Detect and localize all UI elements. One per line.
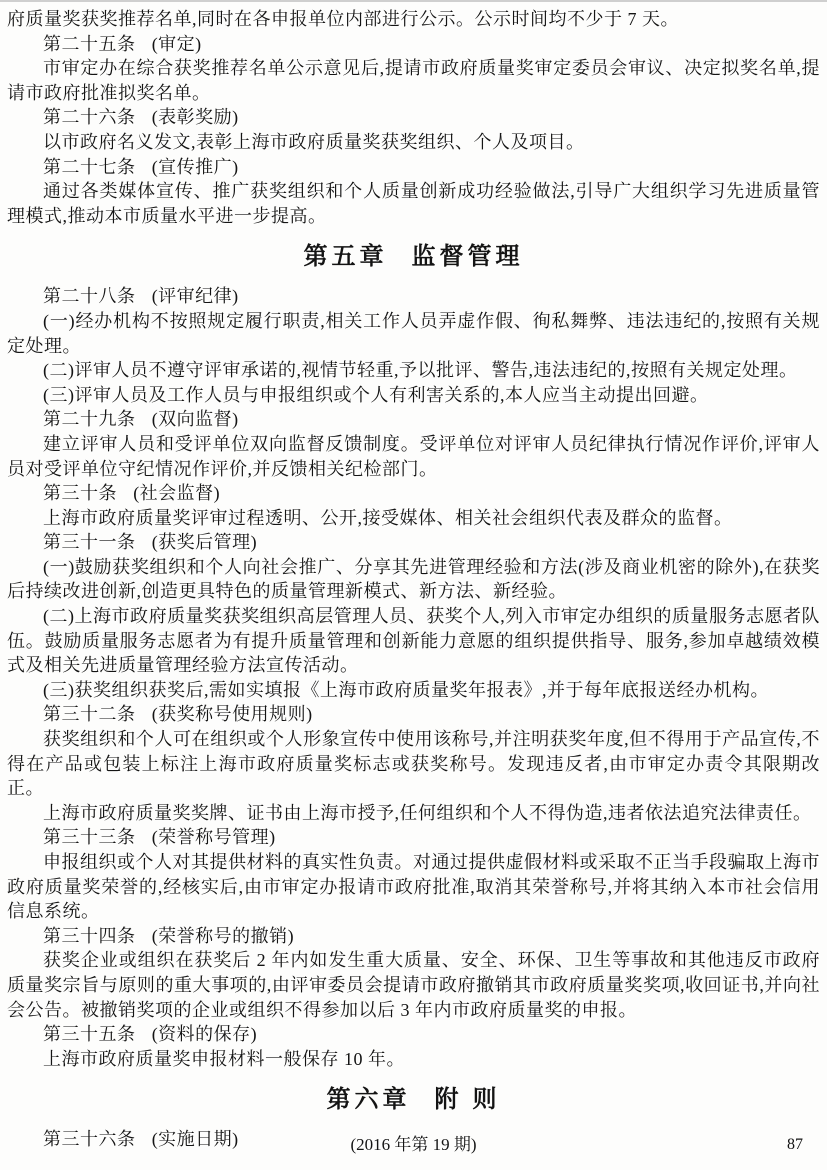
article-heading: 第二十七条(宣传推广) [7,155,820,180]
article-title: (荣誉称号的撤销) [152,926,295,946]
paragraph: (二)上海市政府质量奖获奖组织高层管理人员、获奖个人,列入市审定办组织的质量服务… [7,604,820,678]
article-title: (资料的保存) [152,1024,258,1044]
paragraph: (三)评审人员及工作人员与申报组织或个人有利害关系的,本人应当主动提出回避。 [7,383,820,408]
article-heading: 第三十条(社会监督) [7,481,820,506]
article-number: 第二十六条 [43,107,136,127]
paragraph: 上海市政府质量奖评审过程透明、公开,接受媒体、相关社会组织代表及群众的监督。 [7,506,820,531]
paragraph: 上海市政府质量奖申报材料一般保存 10 年。 [7,1047,820,1072]
document-page: 府质量奖获奖推荐名单,同时在各申报单位内部进行公示。公示时间均不少于 7 天。第… [0,0,827,1170]
article-number: 第三十五条 [43,1024,136,1044]
article-number: 第三十四条 [43,926,136,946]
article-number: 第三十一条 [43,532,136,552]
article-heading: 第三十四条(荣誉称号的撤销) [7,924,820,949]
chapter-heading: 第六章附 则 [7,1085,820,1115]
article-number: 第三十二条 [43,704,136,724]
article-number: 第二十八条 [43,286,136,306]
paragraph: 建立评审人员和受评单位双向监督反馈制度。受评单位对评审人员纪律执行情况作评价,评… [7,432,820,481]
chapter-number: 第六章 [327,1087,411,1113]
article-title: (表彰奖励) [152,107,239,127]
article-number: 第二十五条 [43,34,136,54]
article-title: (双向监督) [152,409,239,429]
chapter-number: 第五章 [304,244,388,270]
paragraph: (二)评审人员不遵守评审承诺的,视情节轻重,予以批评、警告,违法违纪的,按照有关… [7,358,820,383]
paragraph: 获奖组织和个人可在组织或个人形象宣传中使用该称号,并注明获奖年度,但不得用于产品… [7,727,820,801]
paragraph: 市审定办在综合获奖推荐名单公示意见后,提请市政府质量奖审定委员会审议、决定拟奖名… [7,56,820,105]
page-number: 87 [787,1134,803,1156]
paragraph: 上海市政府质量奖奖牌、证书由上海市授予,任何组织和个人不得伪造,违者依法追究法律… [7,801,820,826]
article-heading: 第二十八条(评审纪律) [7,284,820,309]
paragraph: (三)获奖组织获奖后,需如实填报《上海市政府质量奖年报表》,并于每年底报送经办机… [7,678,820,703]
article-heading: 第三十三条(荣誉称号管理) [7,825,820,850]
article-number: 第三十条 [43,483,117,503]
paragraph: 以市政府名义发文,表彰上海市政府质量奖获奖组织、个人及项目。 [7,130,820,155]
paragraph: (一)鼓励获奖组织和个人向社会推广、分享其先进管理经验和方法(涉及商业机密的除外… [7,555,820,604]
article-title: (社会监督) [133,483,220,503]
article-heading: 第二十五条(审定) [7,32,820,57]
article-number: 第二十九条 [43,409,136,429]
document-body: 府质量奖获奖推荐名单,同时在各申报单位内部进行公示。公示时间均不少于 7 天。第… [7,7,820,1152]
paragraph: (一)经办机构不按照规定履行职责,相关工作人员弄虚作假、徇私舞弊、违法违纪的,按… [7,309,820,358]
article-heading: 第三十五条(资料的保存) [7,1022,820,1047]
article-number: 第二十七条 [43,157,136,177]
page-footer: (2016 年第 19 期) 87 [0,1134,827,1156]
article-title: (获奖后管理) [152,532,258,552]
article-title: (荣誉称号管理) [152,827,276,847]
paragraph: 申报组织或个人对其提供材料的真实性负责。对通过提供虚假材料或采取不正当手段骗取上… [7,850,820,924]
article-title: (评审纪律) [152,286,239,306]
issue-info: (2016 年第 19 期) [350,1135,476,1154]
continuation-paragraph: 府质量奖获奖推荐名单,同时在各申报单位内部进行公示。公示时间均不少于 7 天。 [7,7,820,32]
article-title: (宣传推广) [152,157,239,177]
chapter-title: 监督管理 [412,244,524,270]
article-heading: 第二十六条(表彰奖励) [7,105,820,130]
paragraph: 通过各类媒体宣传、推广获奖组织和个人质量创新成功经验做法,引导广大组织学习先进质… [7,179,820,228]
article-number: 第三十三条 [43,827,136,847]
article-heading: 第三十二条(获奖称号使用规则) [7,702,820,727]
paragraph: 获奖企业或组织在获奖后 2 年内如发生重大质量、安全、环保、卫生等事故和其他违反… [7,948,820,1022]
article-heading: 第三十一条(获奖后管理) [7,530,820,555]
article-heading: 第二十九条(双向监督) [7,407,820,432]
article-title: (审定) [152,34,202,54]
article-title: (获奖称号使用规则) [152,704,313,724]
chapter-heading: 第五章监督管理 [7,242,820,272]
chapter-title: 附 则 [435,1087,501,1113]
